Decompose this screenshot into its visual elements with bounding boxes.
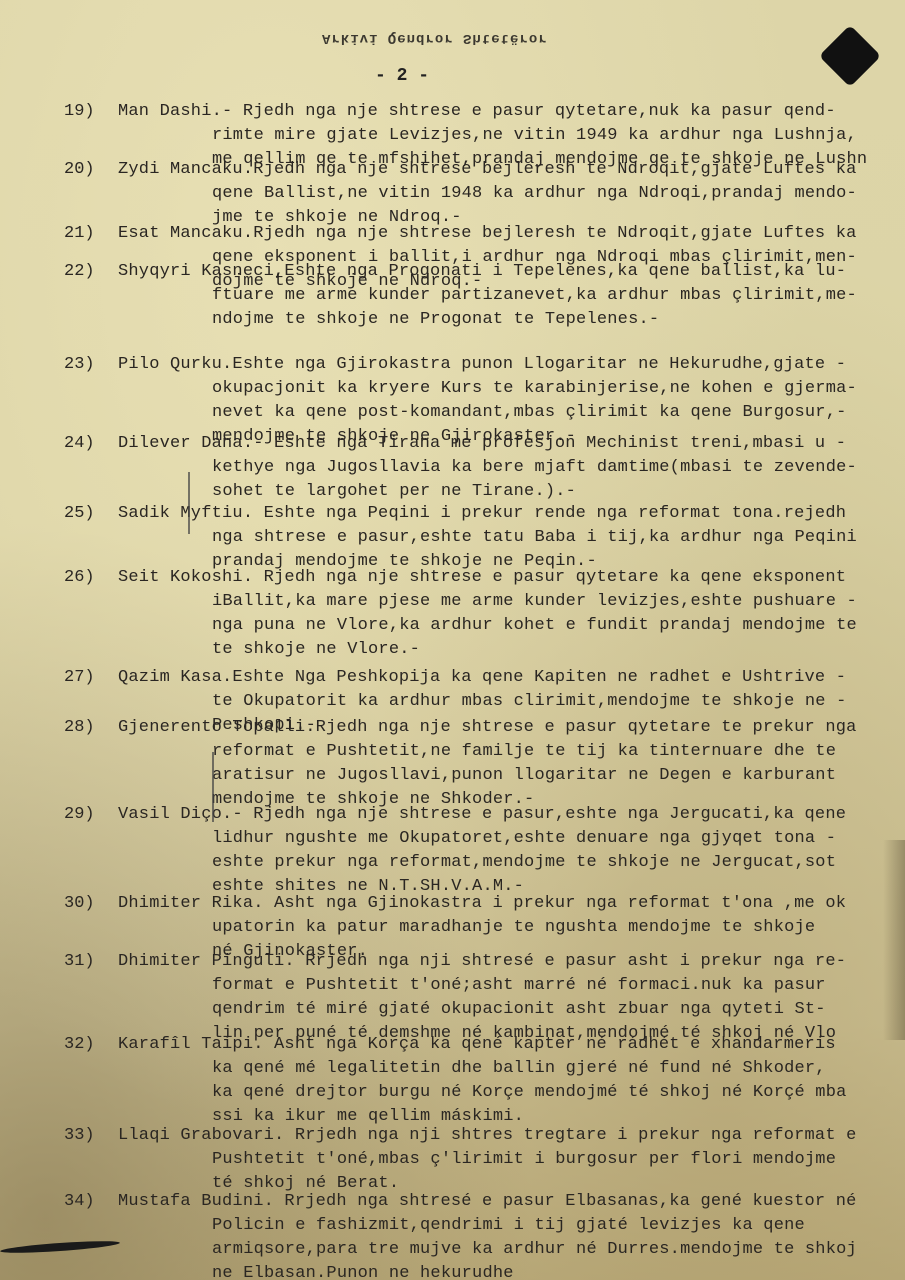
entry-name-line: Dhimiter Pinguli. Rrjedh nga nji shtresé… — [118, 952, 846, 971]
margin-bracket-line — [212, 752, 214, 822]
entry-text-line: okupacjonit ka kryere Kurs te karabinjer… — [212, 379, 857, 398]
entry-number: 28) — [64, 718, 95, 737]
entry-text-line: ftuare me arme kunder partizanevet,ka ar… — [212, 286, 857, 305]
entry-text-line: nga shtrese e pasur,eshte tatu Baba i ti… — [212, 528, 857, 547]
entry-number: 32) — [64, 1035, 95, 1054]
entry-text-line: rimte mire gjate Levizjes,ne vitin 1949 … — [212, 126, 857, 145]
entry-text-line: ssi ka ikur me qellim máskimi. — [212, 1107, 524, 1126]
entry-number: 21) — [64, 224, 95, 243]
entry-number: 23) — [64, 355, 95, 374]
entry-text-line: ne Elbasan.Punon ne hekurudhe — [212, 1264, 514, 1280]
entry-name-line: Zydi Mancaku.Rjedh nga nje shtrese bejle… — [118, 160, 857, 179]
entry-name-line: Mustafa Budini. Rrjedh nga shtresé e pas… — [118, 1192, 857, 1211]
document-page: Arkivi Qendror Shtetëror - 2 - 19)Man Da… — [0, 0, 905, 1280]
entry-name-line: Vasil Diço.- Rjedh nga nje shtrese e pas… — [118, 805, 846, 824]
archive-stamp: Arkivi Qendror Shtetëror — [322, 30, 548, 46]
entry-number: 26) — [64, 568, 95, 587]
entry-name-line: Esat Mancaku.Rjedh nga nje shtrese bejle… — [118, 224, 857, 243]
entry-number: 27) — [64, 668, 95, 687]
entry-name-line: Karafîl Taipi. Asht nga Korça ka qené ka… — [118, 1035, 836, 1054]
entry-number: 25) — [64, 504, 95, 523]
entry-number: 24) — [64, 434, 95, 453]
entry-text-line: nevet ka qene post-komandant,mbas çlirim… — [212, 403, 847, 422]
entry-name-line: Dilever Dana.- Eshte nga Tirana me profe… — [118, 434, 846, 453]
entry-name-line: Shyqyri Kasneci,Eshte nga Progonati i Te… — [118, 262, 846, 281]
entry-name-line: Dhimiter Rika. Asht nga Gjinokastra i pr… — [118, 894, 846, 913]
entry-text-line: armiqsore,para tre mujve ka ardhur né Du… — [212, 1240, 857, 1259]
entry-text-line: Policin e fashizmit,qendrimi i tij gjaté… — [212, 1216, 805, 1235]
entry-number: 31) — [64, 952, 95, 971]
entry-name-line: Pilo Qurku.Eshte nga Gjirokastra punon L… — [118, 355, 846, 374]
entry-text-line: Pushtetit t'oné,mbas ç'lirimit i burgosu… — [212, 1150, 836, 1169]
entry-text-line: ka qené drejtor burgu né Korçe mendojmé … — [212, 1083, 847, 1102]
entry-text-line: format e Pushtetit t'oné;asht marré né f… — [212, 976, 826, 995]
entry-number: 22) — [64, 262, 95, 281]
entry-name-line: Sadik Myftiu. Eshte nga Peqini i prekur … — [118, 504, 846, 523]
margin-bracket-line — [188, 472, 190, 534]
entry-text-line: te Okupatorit ka ardhur mbas clirimit,me… — [212, 692, 847, 711]
entry-text-line: eshte prekur nga reformat,mendojme te sh… — [212, 853, 836, 872]
entry-number: 19) — [64, 102, 95, 121]
entry-text-line: ndojme te shkoje ne Progonat te Tepelene… — [212, 310, 659, 329]
entry-text-line: kethye nga Jugosllavia ka bere mjaft dam… — [212, 458, 857, 477]
entry-text-line: qendrim té miré gjaté okupacionit asht z… — [212, 1000, 826, 1019]
entry-number: 20) — [64, 160, 95, 179]
paper-tear — [0, 1239, 120, 1255]
entry-number: 29) — [64, 805, 95, 824]
entry-text-line: qene Ballist,ne vitin 1948 ka ardhur nga… — [212, 184, 857, 203]
entry-name-line: Llaqi Grabovari. Rrjedh nga nji shtres t… — [118, 1126, 857, 1145]
page-number: - 2 - — [375, 66, 429, 86]
entry-text-line: ka qené mé legalitetin dhe ballin gjeré … — [212, 1059, 826, 1078]
entry-name-line: Qazim Kasa.Eshte Nga Peshkopija ka qene … — [118, 668, 846, 687]
entry-text-line: upatorin ka patur maradhanje te ngushta … — [212, 918, 815, 937]
entry-name-line: Gjenerento Topalli.Rjedh nga nje shtrese… — [118, 718, 857, 737]
entry-text-line: nga puna ne Vlore,ka ardhur kohet e fund… — [212, 616, 857, 635]
entry-number: 34) — [64, 1192, 95, 1211]
entry-text-line: reformat e Pushtetit,ne familje te tij k… — [212, 742, 836, 761]
entry-text-line: iBallit,ka mare pjese me arme kunder lev… — [212, 592, 857, 611]
entry-text-line: te shkoje ne Vlore.- — [212, 640, 420, 659]
entry-text-line: sohet te largohet per ne Tirane.).- — [212, 482, 576, 501]
punch-hole — [819, 25, 881, 87]
entry-number: 33) — [64, 1126, 95, 1145]
entry-name-line: Seit Kokoshi. Rjedh nga nje shtrese e pa… — [118, 568, 846, 587]
paper-edge-shadow — [883, 840, 905, 1040]
entry-number: 30) — [64, 894, 95, 913]
entry-name-line: Man Dashi.- Rjedh nga nje shtrese e pasu… — [118, 102, 836, 121]
entry-text-line: aratisur ne Jugosllavi,punon llogaritar … — [212, 766, 836, 785]
entry-text-line: té shkoj né Berat. — [212, 1174, 399, 1193]
entry-text-line: lidhur ngushte me Okupatoret,eshte denua… — [212, 829, 836, 848]
